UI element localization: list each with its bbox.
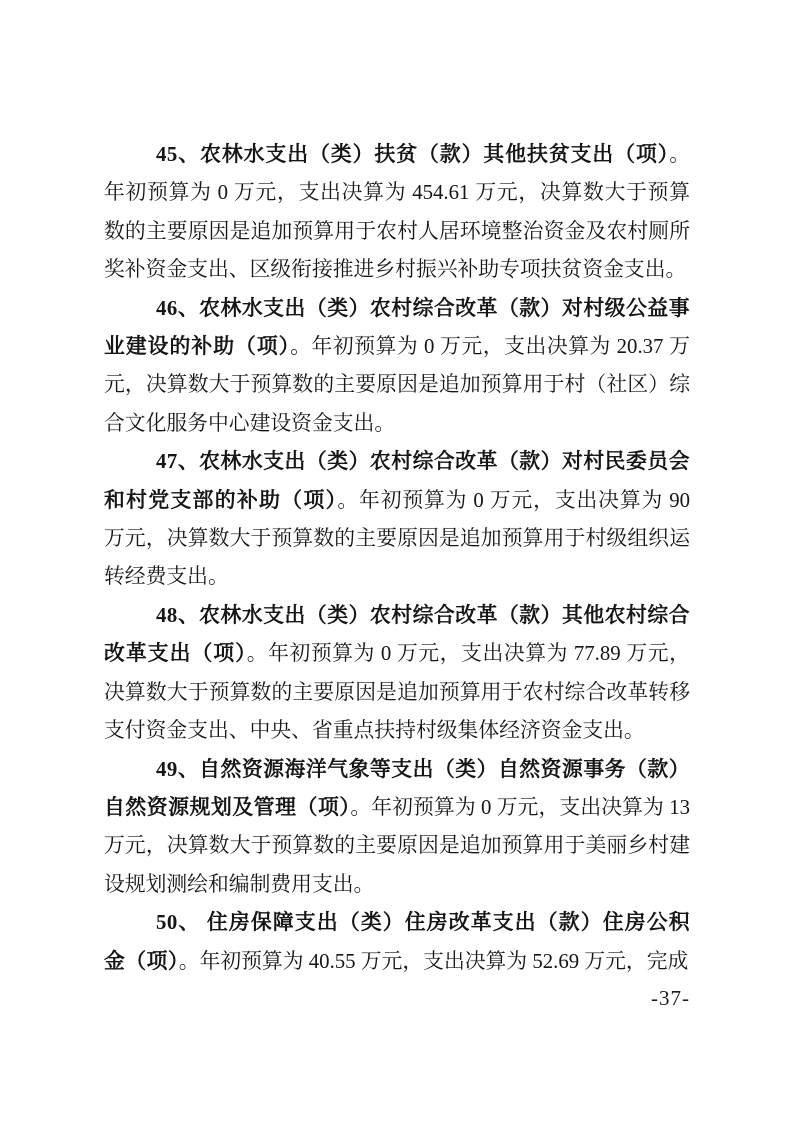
document-page: 45、农林水支出（类）扶贫（款）其他扶贫支出（项）。年初预算为 0 万元，支出决…: [0, 0, 793, 1122]
paragraph-45: 45、农林水支出（类）扶贫（款）其他扶贫支出（项）。年初预算为 0 万元，支出决…: [104, 136, 690, 290]
paragraph-46: 46、农林水支出（类）农村综合改革（款）对村级公益事业建设的补助（项）。年初预算…: [104, 290, 690, 444]
paragraph-47: 47、农林水支出（类）农村综合改革（款）对村民委员会和村党支部的补助（项）。年初…: [104, 443, 690, 597]
page-number: -37-: [651, 986, 690, 1010]
text-block: 45、农林水支出（类）扶贫（款）其他扶贫支出（项）。年初预算为 0 万元，支出决…: [104, 136, 690, 981]
paragraph-45-heading: 45、农林水支出（类）扶贫（款）其他扶贫支出（项）: [156, 143, 669, 166]
paragraph-48: 48、农林水支出（类）农村综合改革（款）其他农村综合改革支出（项）。年初预算为 …: [104, 597, 690, 751]
paragraph-49: 49、自然资源海洋气象等支出（类）自然资源事务（款）自然资源规划及管理（项）。年…: [104, 751, 690, 905]
page-footer: -37-: [104, 986, 690, 1011]
paragraph-50-body: 。年初预算为 40.55 万元，支出决算为 52.69 万元，完成: [179, 950, 689, 973]
paragraph-50: 50、 住房保障支出（类）住房改革支出（款）住房公积金（项）。年初预算为 40.…: [104, 904, 690, 981]
